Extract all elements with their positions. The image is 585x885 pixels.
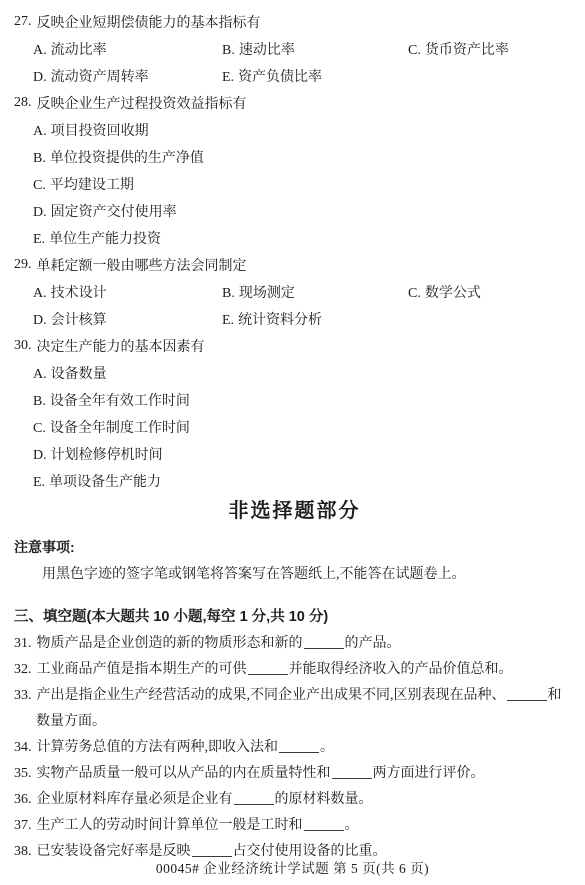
option-label: A. — [33, 43, 47, 58]
options-row: D.会计核算E.统计资料分析 — [14, 305, 575, 332]
fill-question-31: 31.物质产品是企业创造的新的物质形态和新的的产品。 — [14, 631, 575, 657]
question-text: 。 — [320, 740, 334, 755]
question-text: 。 — [345, 818, 359, 833]
question-text: 的产品。 — [345, 636, 401, 651]
question-number: 27. — [14, 14, 32, 30]
fill-question-32: 32.工业商品产值是指本期生产的可供并能取得经济收入的产品价值总和。 — [14, 657, 575, 683]
option-text: 技术设计 — [51, 286, 107, 301]
option: C.数学公式 — [408, 282, 575, 302]
question-text: 物质产品是企业创造的新的物质形态和新的 — [37, 636, 303, 651]
question-30: 30.决定生产能力的基本因素有A.设备数量B.设备全年有效工作时间C.设备全年制… — [14, 332, 575, 494]
option-label: E. — [33, 232, 45, 247]
question-number: 28. — [14, 95, 32, 111]
question-text: 反映企业短期偿债能力的基本指标有 — [37, 12, 261, 32]
option: D.固定资产交付使用率 — [33, 201, 177, 221]
option-row: A.项目投资回收期 — [14, 116, 575, 143]
question-number: 34. — [14, 740, 32, 755]
option: B.设备全年有效工作时间 — [33, 390, 190, 410]
option: D.会计核算 — [33, 309, 222, 329]
option-label: B. — [33, 394, 46, 409]
option-label: B. — [33, 151, 46, 166]
option: A.流动比率 — [33, 39, 222, 59]
option-text: 设备全年制度工作时间 — [50, 421, 190, 436]
option-text: 流动比率 — [51, 43, 107, 58]
question-number: 29. — [14, 257, 32, 273]
option: E.单位生产能力投资 — [33, 228, 161, 248]
question-text: 反映企业生产过程投资效益指标有 — [37, 93, 247, 113]
question-text: 两方面进行评价。 — [373, 766, 485, 781]
question-number: 31. — [14, 636, 32, 651]
question-text: 的原材料数量。 — [275, 792, 373, 807]
blank-line — [507, 696, 547, 701]
blank-line — [332, 774, 372, 779]
options-row: D.流动资产周转率E.资产负债比率 — [14, 62, 575, 89]
option-row: B.单位投资提供的生产净值 — [14, 143, 575, 170]
option: A.设备数量 — [33, 363, 107, 383]
option-row: E.单项设备生产能力 — [14, 467, 575, 494]
option-text: 数学公式 — [425, 286, 481, 301]
question-number: 36. — [14, 792, 32, 807]
option-row: B.设备全年有效工作时间 — [14, 386, 575, 413]
blank-line — [304, 826, 344, 831]
option-text: 单项设备生产能力 — [49, 475, 161, 490]
question-number: 33. — [14, 688, 32, 703]
option-label: D. — [33, 313, 47, 328]
question-text: 企业原材料库存量必须是企业有 — [37, 792, 233, 807]
question-number: 30. — [14, 338, 32, 354]
option: A.技术设计 — [33, 282, 222, 302]
option-label: B. — [222, 43, 235, 58]
option-text: 设备全年有效工作时间 — [50, 394, 190, 409]
blank-line — [279, 748, 319, 753]
question-number: 35. — [14, 766, 32, 781]
option-row: D.计划检修停机时间 — [14, 440, 575, 467]
option: B.速动比率 — [222, 39, 408, 59]
mc-section: 27.反映企业短期偿债能力的基本指标有A.流动比率B.速动比率C.货币资产比率D… — [14, 8, 575, 494]
option: E.资产负债比率 — [222, 66, 408, 86]
option-text: 会计核算 — [51, 313, 107, 328]
option: B.单位投资提供的生产净值 — [33, 147, 204, 167]
question-text: 计算劳务总值的方法有两种,即收入法和 — [37, 740, 279, 755]
section-heading: 非选择题部分 — [14, 498, 575, 524]
fill-question-35: 35.实物产品质量一般可以从产品的内在质量特性和两方面进行评价。 — [14, 761, 575, 787]
option-row: D.固定资产交付使用率 — [14, 197, 575, 224]
question-28: 28.反映企业生产过程投资效益指标有A.项目投资回收期B.单位投资提供的生产净值… — [14, 89, 575, 251]
question-title: 30.决定生产能力的基本因素有 — [14, 332, 575, 359]
option-row: A.设备数量 — [14, 359, 575, 386]
blank-line — [248, 670, 288, 675]
options-row: A.流动比率B.速动比率C.货币资产比率 — [14, 35, 575, 62]
page-footer: 00045# 企业经济统计学试题 第 5 页(共 6 页) — [0, 857, 585, 877]
option-label: D. — [33, 205, 47, 220]
option-label: E. — [33, 475, 45, 490]
option: C.货币资产比率 — [408, 39, 575, 59]
question-text: 单耗定额一般由哪些方法会同制定 — [37, 255, 247, 275]
option-label: A. — [33, 367, 47, 382]
option-text: 速动比率 — [239, 43, 295, 58]
option-text: 流动资产周转率 — [51, 70, 149, 85]
notice-text: 用黑色字迹的签字笔或钢笔将答案写在答题纸上,不能答在试题卷上。 — [14, 561, 575, 588]
blank-line — [304, 644, 344, 649]
option: D.流动资产周转率 — [33, 66, 222, 86]
blank-line — [234, 800, 274, 805]
question-title: 29.单耗定额一般由哪些方法会同制定 — [14, 251, 575, 278]
exam-page: 27.反映企业短期偿债能力的基本指标有A.流动比率B.速动比率C.货币资产比率D… — [0, 0, 585, 885]
options-row: A.技术设计B.现场测定C.数学公式 — [14, 278, 575, 305]
option-text: 固定资产交付使用率 — [51, 205, 177, 220]
option-text: 计划检修停机时间 — [51, 448, 163, 463]
option: E.统计资料分析 — [222, 309, 408, 329]
question-text: 决定生产能力的基本因素有 — [37, 336, 205, 356]
fill-section: 31.物质产品是企业创造的新的物质形态和新的的产品。32.工业商品产值是指本期生… — [14, 631, 575, 865]
option-text: 现场测定 — [239, 286, 295, 301]
notice-label: 注意事项: — [14, 534, 575, 561]
question-title: 28.反映企业生产过程投资效益指标有 — [14, 89, 575, 116]
option: C.平均建设工期 — [33, 174, 134, 194]
option-text: 统计资料分析 — [238, 313, 322, 328]
option-label: C. — [408, 43, 421, 58]
option: B.现场测定 — [222, 282, 408, 302]
option: C.设备全年制度工作时间 — [33, 417, 190, 437]
option-text: 平均建设工期 — [50, 178, 134, 193]
question-text: 实物产品质量一般可以从产品的内在质量特性和 — [37, 766, 331, 781]
question-number: 37. — [14, 818, 32, 833]
option: E.单项设备生产能力 — [33, 471, 161, 491]
question-text: 并能取得经济收入的产品价值总和。 — [289, 662, 513, 677]
option-label: B. — [222, 286, 235, 301]
question-27: 27.反映企业短期偿债能力的基本指标有A.流动比率B.速动比率C.货币资产比率D… — [14, 8, 575, 89]
question-text: 产出是指企业生产经营活动的成果,不同企业产出成果不同,区别表现在品种、 — [37, 688, 506, 703]
question-text: 生产工人的劳动时间计算单位一般是工时和 — [37, 818, 303, 833]
option-text: 项目投资回收期 — [51, 124, 149, 139]
option-text: 单位生产能力投资 — [49, 232, 161, 247]
option-row: C.平均建设工期 — [14, 170, 575, 197]
option-label: E. — [222, 70, 234, 85]
question-title: 27.反映企业短期偿债能力的基本指标有 — [14, 8, 575, 35]
option-label: C. — [33, 421, 46, 436]
option-label: C. — [33, 178, 46, 193]
question-29: 29.单耗定额一般由哪些方法会同制定A.技术设计B.现场测定C.数学公式D.会计… — [14, 251, 575, 332]
option-row: E.单位生产能力投资 — [14, 224, 575, 251]
option-label: A. — [33, 286, 47, 301]
option-text: 设备数量 — [51, 367, 107, 382]
option-text: 资产负债比率 — [238, 70, 322, 85]
option-label: A. — [33, 124, 47, 139]
fill-question-33: 33.产出是指企业生产经营活动的成果,不同企业产出成果不同,区别表现在品种、和数… — [14, 683, 575, 735]
fill-question-37: 37.生产工人的劳动时间计算单位一般是工时和。 — [14, 813, 575, 839]
option-text: 单位投资提供的生产净值 — [50, 151, 204, 166]
fill-section-title: 三、填空题(本大题共 10 小题,每空 1 分,共 10 分) — [14, 604, 575, 631]
question-text: 工业商品产值是指本期生产的可供 — [37, 662, 247, 677]
option: D.计划检修停机时间 — [33, 444, 163, 464]
fill-question-34: 34.计算劳务总值的方法有两种,即收入法和。 — [14, 735, 575, 761]
option-text: 货币资产比率 — [425, 43, 509, 58]
fill-question-36: 36.企业原材料库存量必须是企业有的原材料数量。 — [14, 787, 575, 813]
option-label: D. — [33, 70, 47, 85]
question-number: 32. — [14, 662, 32, 677]
option: A.项目投资回收期 — [33, 120, 149, 140]
option-label: C. — [408, 286, 421, 301]
option-label: D. — [33, 448, 47, 463]
option-label: E. — [222, 313, 234, 328]
option-row: C.设备全年制度工作时间 — [14, 413, 575, 440]
